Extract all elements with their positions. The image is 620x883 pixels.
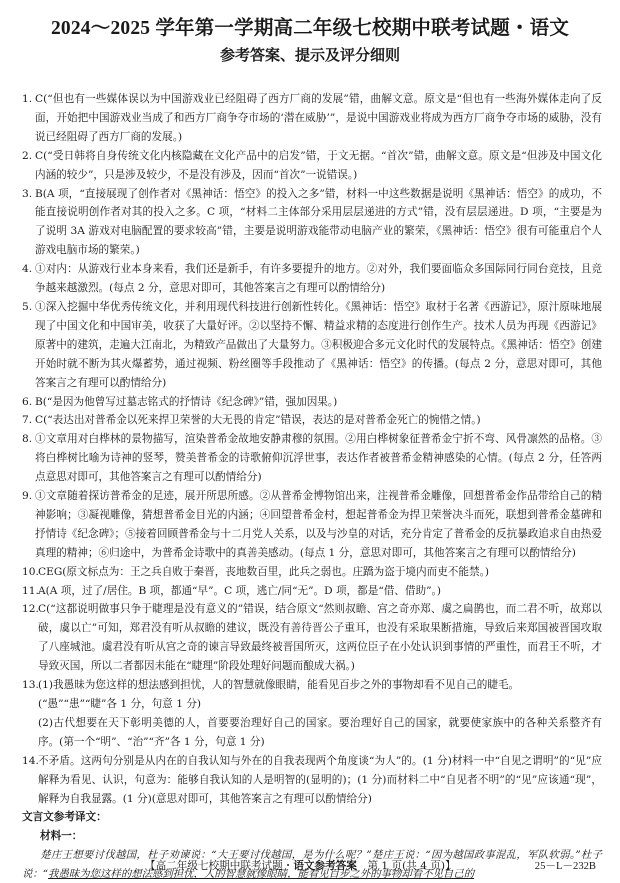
answer-number: 14. [22,752,39,771]
answer-text: ①深入挖掘中华优秀传统文化，并利用现代科技进行创新性转化。《黑神话：悟空》取材于… [35,301,602,389]
document-subtitle: 参考答案、提示及评分细则 [0,44,620,66]
answer-item-4: 4.①对内：从游戏行业本身来看，我们还是新手，有许多要提升的地方。②对外，我们要… [22,260,602,298]
answer-text: C(“这都说明做事只争于睫理是没有意义的”错误，结合原文“然则叔瞻、宫之奇亦郑、… [38,603,602,672]
answer-text: C(“表达出对普希金以死来捍卫荣誉的大无畏的肯定”错误，表达的是对普希金死亡的惋… [35,414,481,426]
answer-item-12: 12.C(“这都说明做事只争于睫理是没有意义的”错误，结合原文“然则叔瞻、宫之奇… [22,600,602,676]
answer-text: ①对内：从游戏行业本身来看，我们还是新手，有许多要提升的地方。②对外，我们要面临… [35,263,602,294]
answer-number: 6. [22,393,32,412]
answer-text: ①文章随着探访普希金的足迹，展开所思所感。②从普希金博物馆出来，注视普希金雕像，… [35,490,602,559]
footer-code: 25－L－232B [535,858,596,873]
answer-number: 1. [22,90,32,109]
answer-item-7: 7.C(“表达出对普希金以死来捍卫荣誉的大无畏的肯定”错误，表达的是对普希金死亡… [22,411,602,430]
answer-text: A(A 项，过了/居住。B 项，都通“早”。C 项，逃亡/同“无”。D 项，都是… [38,585,441,597]
footer-page-number: 第 1 页(共 4 页)】 [357,860,456,872]
answer-item-14: 14.不矛盾。这两句分别是从内在的自我认知与外在的自我表现两个角度谈“为人”的。… [22,752,602,809]
answer-item-11: 11.A(A 项，过了/居住。B 项，都通“早”。C 项，逃亡/同“无”。D 项… [22,582,602,601]
answer-text: 不矛盾。这两句分别是从内在的自我认知与外在的自我表现两个角度谈“为人”的。(1 … [38,755,602,805]
answer-text: ①文章用对白桦林的景物描写，渲染普希金故地安静肃穆的氛围。②用白桦树象征普希金宁… [35,433,602,483]
footer-page-info: 【高二年级七校期中联考试题・语文参考答案 第 1 页(共 4 页)】 [145,858,456,873]
footer-subject: 语文参考答案 [293,860,357,872]
answer-number: 11. [22,582,39,601]
answer-text: C(“受日韩将自身传统文化内核隐藏在文化产品中的启发”错，于文无据。“首次”错，… [35,150,602,181]
answer-item-10: 10.CEG(原文标点为：王之兵自败于秦晋，丧地数百里，此兵之弱也。庄蹻为盗于境… [22,563,602,582]
document-title: 2024～2025 学年第一学期高二年级七校期中联考试题・语文 [0,16,620,42]
answer-number: 2. [22,147,32,166]
answer-number: 5. [22,298,32,317]
answer-item-13: 13. (1)我愚昧为您这样的想法感到担忧，人的智慧就像眼睛，能看见百步之外的事… [22,676,602,752]
answer-number: 13. [22,676,39,695]
answer-number: 4. [22,260,32,279]
answer-number: 3. [22,185,32,204]
answer-number: 12. [22,600,39,619]
translation-heading: 文言文参考译文： [22,808,602,827]
answer-item-3: 3.B(A 项，“直接展现了创作者对《黑神话：悟空》的投入之多”错，材料一中这些… [22,185,602,261]
answer-item-1: 1.C(“但也有一些媒体误以为中国游戏业已经阻碍了西方厂商的发展”错，曲解文意。… [22,90,602,147]
answer-text: B(“是因为他曾写过墓志铭式的抒情诗《纪念碑》”错，强加因果。) [35,396,337,408]
answer-number: 10. [22,563,39,582]
answer-part-2: (2)古代想要在天下彰明美德的人，首要要治理好自己的国家。要治理好自己的国家，就… [38,714,602,752]
answer-text: C(“但也有一些媒体误以为中国游戏业已经阻碍了西方厂商的发展”错，曲解文意。原文… [35,93,602,143]
answer-item-5: 5.①深入挖掘中华优秀传统文化，并利用现代科技进行创新性转化。《黑神话：悟空》取… [22,298,602,393]
answer-part-1: (1)我愚昧为您这样的想法感到担忧，人的智慧就像眼睛，能看见百步之外的事物却看不… [38,676,602,695]
answer-item-2: 2.C(“受日韩将自身传统文化内核隐藏在文化产品中的启发”错，于文无据。“首次”… [22,147,602,185]
footer-exam-name: 【高二年级七校期中联考试题・ [145,860,293,872]
answer-content: 1.C(“但也有一些媒体误以为中国游戏业已经阻碍了西方厂商的发展”错，曲解文意。… [22,90,602,883]
answer-text: CEG(原文标点为：王之兵自败于秦晋，丧地数百里，此兵之弱也。庄蹻为盗于境内而吏… [38,566,489,578]
material-label: 材料一： [22,827,602,846]
answer-number: 8. [22,430,32,449]
answer-item-8: 8.①文章用对白桦林的景物描写，渲染普希金故地安静肃穆的氛围。②用白桦树象征普希… [22,430,602,487]
answer-item-9: 9.①文章随着探访普希金的足迹，展开所思所感。②从普希金博物馆出来，注视普希金雕… [22,487,602,563]
answer-text: B(A 项，“直接展现了创作者对《黑神话：悟空》的投入之多”错，材料一中这些数据… [35,188,602,257]
answer-number: 9. [22,487,32,506]
answer-number: 7. [22,411,32,430]
answer-part-1-scoring: (“愚”“患”“睫”各 1 分，句意 1 分) [38,695,602,714]
answer-item-6: 6.B(“是因为他曾写过墓志铭式的抒情诗《纪念碑》”错，强加因果。) [22,393,602,412]
